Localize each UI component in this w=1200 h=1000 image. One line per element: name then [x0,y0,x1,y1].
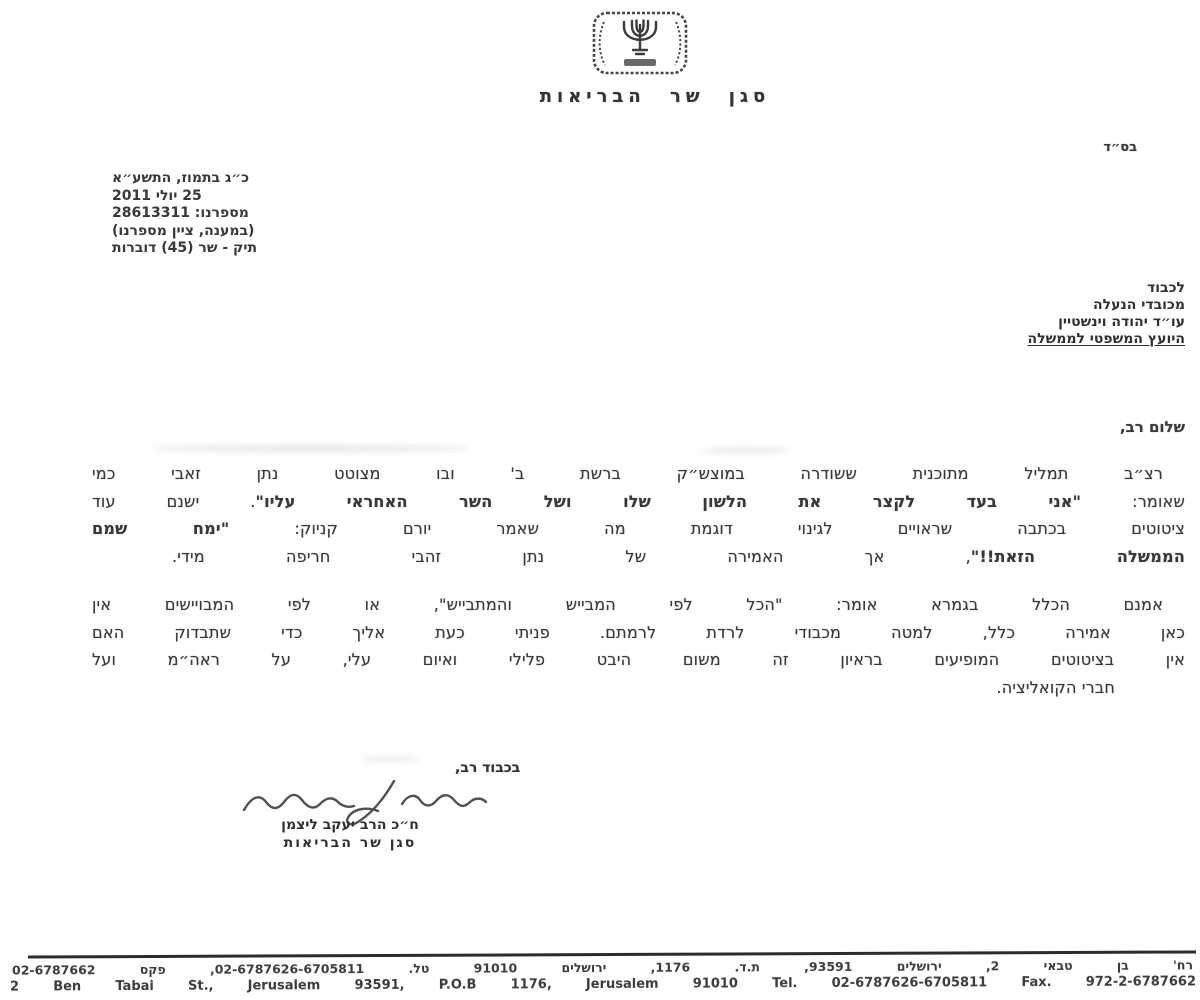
body-line: אמנם הכלל בגמרא אומר: "הכל לפי המבייש וה… [92,591,1185,619]
scanned-letter-page: סגן שר הבריאות בס״ד כ״ג בתמוז, התשע״א 25… [0,0,1200,1000]
addressee-name: עו״ד יהודה וינשטיין [865,314,1185,331]
hebrew-date: כ״ג בתמוז, התשע״א [112,170,412,188]
bsd-mark: בס״ד [1103,140,1137,155]
file-line: תיק - שר (45) דוברות [112,240,412,258]
body-line: אין בציטוטים המופיעים בראיון זה משום היב… [92,646,1185,674]
addressee-block: לכבוד מכובדי הנעלה עו״ד יהודה וינשטיין ה… [865,280,1185,348]
reference-note: (במענה, ציין מספרנו) [112,223,412,241]
addressee-honorific: מכובדי הנעלה [865,297,1185,314]
body-line: רצ״ב תמליל מתוכנית ששודרה במוצש״ק ברשת ב… [92,460,1185,488]
signer-name: ח״כ הרב יעקב ליצמן [225,817,475,833]
scan-smudge [700,447,790,454]
addressee-salute: לכבוד [865,280,1185,297]
scan-smudge [150,444,470,453]
reference-block: כ״ג בתמוז, התשע״א 25 יולי 2011 מספרנו: 2… [112,170,412,258]
office-title: סגן שר הבריאות [495,86,815,107]
gregorian-date: 25 יולי 2011 [112,188,412,206]
scan-smudge [360,756,420,762]
greeting: שלום רב, [1120,418,1185,436]
body-line: כאן אמירה כלל, למטה מכבודי לרדת לרמתם. פ… [92,619,1185,647]
body-line: חברי הקואליציה. [92,674,1185,702]
body-line: ציטוטים בכתבה שראויים לגינוי דוגמת מה שא… [92,515,1185,543]
signer-role: סגן שר הבריאות [225,835,475,851]
body-line: הממשלה הזאת!!", אך האמירה של נתן זהבי חר… [92,543,1185,571]
paragraph-1: רצ״ב תמליל מתוכנית ששודרה במוצש״ק ברשת ב… [92,460,1185,570]
israel-state-emblem-icon [587,10,693,76]
letter-body: רצ״ב תמליל מתוכנית ששודרה במוצש״ק ברשת ב… [92,460,1185,722]
reference-number: מספרנו: 28613311 [112,205,412,223]
body-line: שאומר: "אני בעד לקצר את הלשון שלו ושל הש… [92,488,1185,516]
addressee-role-underlined: היועץ המשפטי לממשלה [865,331,1185,348]
footer-address-english: 2 Ben Tabai St., Jerusalem 93591, P.O.B … [10,974,1196,994]
closing-salutation: בכבוד רב, [455,760,520,776]
paragraph-2: אמנם הכלל בגמרא אומר: "הכל לפי המבייש וה… [92,591,1185,701]
